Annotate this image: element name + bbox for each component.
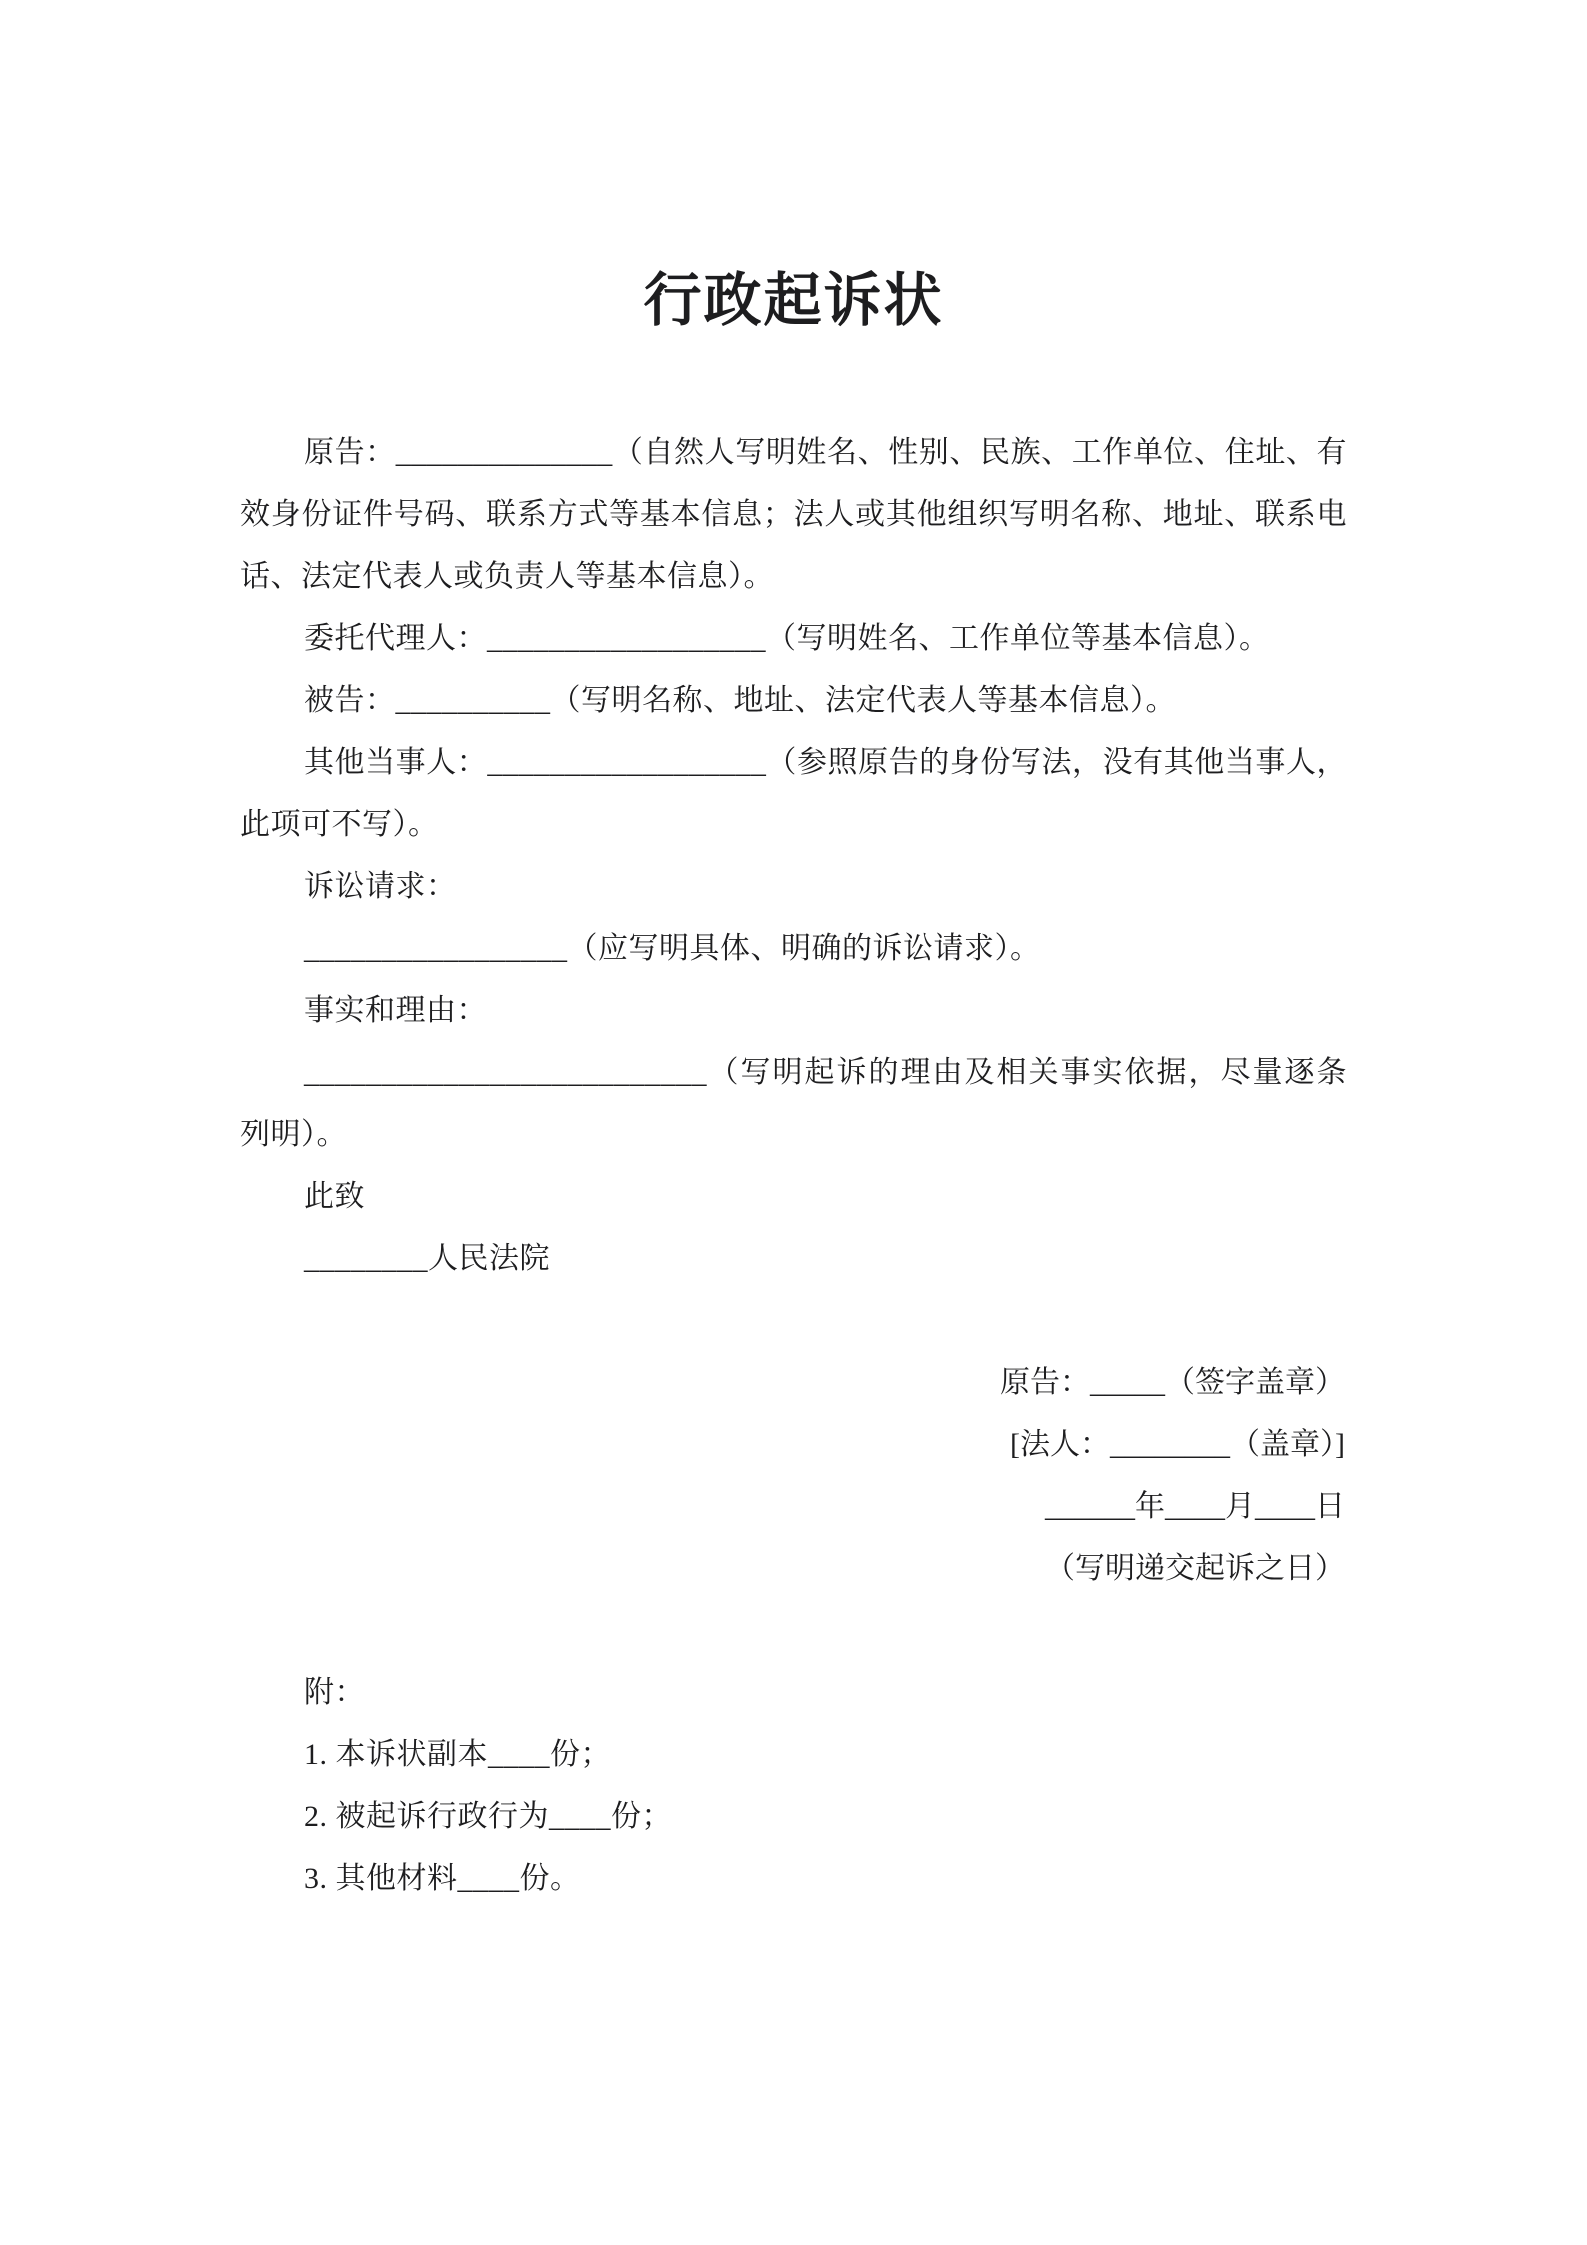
paragraph-plaintiff: 原告：______________（自然人写明姓名、性别、民族、工作单位、住址、… [240,422,1347,608]
salutation-line: 此致 [240,1166,1347,1228]
paragraph-defendant: 被告：__________（写明名称、地址、法定代表人等基本信息）。 [240,670,1347,732]
signature-date-line: ______年____月____日 [240,1476,1345,1538]
signature-block: 原告：_____（签字盖章） [法人：________（盖章）] ______年… [240,1352,1347,1600]
attachment-item-1: 1. 本诉状副本____份； [240,1724,1347,1786]
document-title: 行政起诉状 [240,258,1347,344]
signature-plaintiff-line: 原告：_____（签字盖章） [240,1352,1345,1414]
attachment-item-3: 3. 其他材料____份。 [240,1848,1347,1910]
attachment-item-2: 2. 被起诉行政行为____份； [240,1786,1347,1848]
attachments-block: 附： 1. 本诉状副本____份； 2. 被起诉行政行为____份； 3. 其他… [240,1662,1347,1910]
attachments-label: 附： [240,1662,1347,1724]
paragraph-agent: 委托代理人：__________________（写明姓名、工作单位等基本信息）… [240,608,1347,670]
court-name-line: ________人民法院 [240,1228,1347,1290]
claims-blank-line: _________________（应写明具体、明确的诉讼请求）。 [240,918,1347,980]
document-body: 原告：______________（自然人写明姓名、性别、民族、工作单位、住址、… [240,422,1347,1290]
facts-blank-line: __________________________（写明起诉的理由及相关事实依… [240,1042,1347,1166]
paragraph-other-parties: 其他当事人：__________________（参照原告的身份写法，没有其他当… [240,732,1347,856]
claims-heading: 诉讼请求： [240,856,1347,918]
signature-legal-person-line: [法人：________（盖章）] [240,1414,1345,1476]
document-page: 行政起诉状 原告：______________（自然人写明姓名、性别、民族、工作… [0,0,1587,2245]
signature-date-note: （写明递交起诉之日） [240,1538,1345,1600]
facts-heading: 事实和理由： [240,980,1347,1042]
